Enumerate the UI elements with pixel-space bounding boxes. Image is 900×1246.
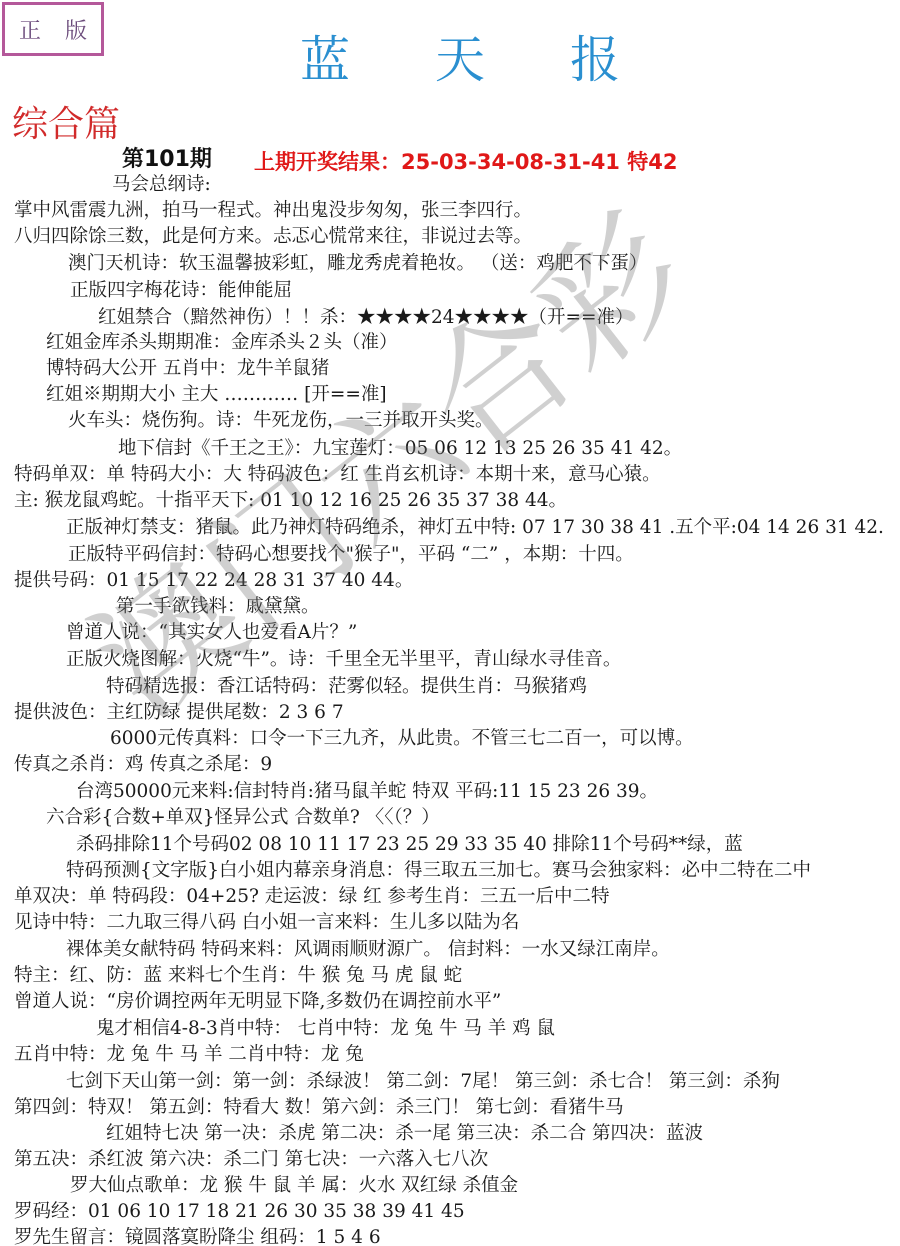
content-line: 传真之杀肖：鸡 传真之杀尾：9 [14,752,272,778]
content-line: 裸体美女献特码 特码来料：风调雨顺财源广。 信封料：一水又绿江南岸。 [66,937,670,963]
content-line: 台湾50000元来料:信封特肖:猪马鼠羊蛇 特双 平码:11 15 23 26 … [76,779,658,805]
content-line: 正版火烧图解：火烧“牛”。诗：千里全无半里平，青山绿水寻佳音。 [66,647,621,673]
content-line: 特码预测{文字版}白小姐内幕亲身消息：得三取五三加七。赛马会独家料：必中二特在二… [66,858,811,884]
content-line: 红姐金库杀头期期准：金库杀头２头（准） [46,330,398,356]
content-line: 正版四字梅花诗：能伸能屈 [70,278,292,304]
content-line: 八归四除馀三数，此是何方来。忐忑心慌常来往，非说过去等。 [14,224,532,250]
content-line: 第四剑：特双！ 第五剑：特看大 数！第六剑：杀三门！ 第七剑：看猪牛马 [14,1095,624,1121]
content-line: 罗大仙点歌单：龙 猴 牛 鼠 羊 属：火水 双红绿 杀值金 [70,1173,518,1199]
content-line: 六合彩{合数+单双}怪异公式 合数单? 〈〈（？） [46,805,440,831]
last-draw-result: 上期开奖结果：25-03-34-08-31-41 特42 [254,146,677,176]
content-line: 澳门天机诗：软玉温馨披彩虹，雕龙秀虎着艳妆。 （送：鸡肥不下蛋） [68,251,647,277]
issue-number: 第101期 [122,142,212,173]
content-line: 单双决：单 特码段：04+25? 走运波：绿 红 参考生肖：三五一后中二特 [14,884,610,910]
content-line: 杀码排除11个号码02 08 10 11 17 23 25 29 33 35 4… [76,832,743,858]
content-line: 第一手欲钱料：戚黛黛。 [116,594,320,620]
content-line: 特主：红、防：蓝 来料七个生肖：牛 猴 兔 马 虎 鼠 蛇 [14,963,462,989]
content-line: 地下信封《千王之王》：九宝莲灯：05 06 12 13 25 26 35 41 … [118,436,682,462]
badge-char-2: 版 [65,14,87,45]
content-line: 第五决：杀红波 第六决：杀二门 第七决：一六落入七八次 [14,1147,488,1173]
title-char-2: 天 [435,20,485,92]
content-line: 红姐特七决 第一决：杀虎 第二决：杀一尾 第三决：杀二合 第四决：蓝波 [106,1121,703,1147]
page-title: 蓝 天 报 [300,20,620,92]
content-line: 提供号码：01 15 17 22 24 28 31 37 40 44。 [14,568,413,594]
content-line: 博特码大公开 五肖中：龙牛羊鼠猪 [46,356,329,382]
content-line: 罗码经：01 06 10 17 18 21 26 30 35 38 39 41 … [14,1199,465,1225]
content-line: 特码精选报：香江话特码：茫雾似轻。提供生肖：马猴猪鸡 [106,674,587,700]
content-line: 马会总纲诗: [112,172,211,198]
content-line: 正版特平码信封：特码心想要找个"猴子"，平码 “二” ，本期：十四。 [68,542,634,568]
content-line: 红姐※期期大小 主大 ………… [开==准] [46,382,387,408]
authentic-edition-badge: 正 版 [2,2,104,56]
content-line: 特码单双：单 特码大小：大 特码波色：红 生肖玄机诗：本期十来，意马心猿。 [14,462,661,488]
content-line: 五肖中特：龙 兔 牛 马 羊 二肖中特：龙 兔 [14,1042,364,1068]
content-line: 正版神灯禁支：猪鼠。此乃神灯特码绝杀，神灯五中特: 07 17 30 38 41… [66,515,884,541]
content-line: 掌中风雷震九洲，拍马一程式。神出鬼没步匆匆，张三李四行。 [14,198,532,224]
section-heading: 综合篇 [12,96,120,147]
title-char-3: 报 [570,20,620,92]
content-line: 曾道人说：“房价调控两年无明显下降,多数仍在调控前水平” [14,989,501,1015]
content-line: 主: 猴龙鼠鸡蛇。十指平天下: 01 10 12 16 25 26 35 37 … [14,488,567,514]
badge-char-1: 正 [19,14,41,45]
content-line: 6000元传真料：口令一下三九齐，从此贵。不管三七二百一，可以博。 [110,726,694,752]
content-line: 火车头：烧伤狗。诗：牛死龙伤，一三并取开头奖。 [68,408,494,434]
content-line: 红姐禁合（黯然神伤）！！杀：★★★★24★★★★（开==准） [98,305,634,331]
content-line: 曾道人说：“其实女人也爱看A片？” [66,620,357,646]
content-line: 罗先生留言：镜圆落寞盼降尘 组码：1 5 4 6 [14,1225,381,1246]
content-line: 七剑下天山第一剑：第一剑：杀绿波！ 第二剑：7尾！ 第三剑：杀七合！ 第三剑：杀… [66,1069,780,1095]
content-line: 鬼才相信4-8-3肖中特： 七肖中特：龙 兔 牛 马 羊 鸡 鼠 [96,1016,555,1042]
content-line: 见诗中特：二九取三得八码 白小姐一言来料：生儿多以陆为名 [14,910,519,936]
title-char-1: 蓝 [300,20,350,92]
content-line: 提供波色：主红防绿 提供尾数：2 3 6 7 [14,700,344,726]
